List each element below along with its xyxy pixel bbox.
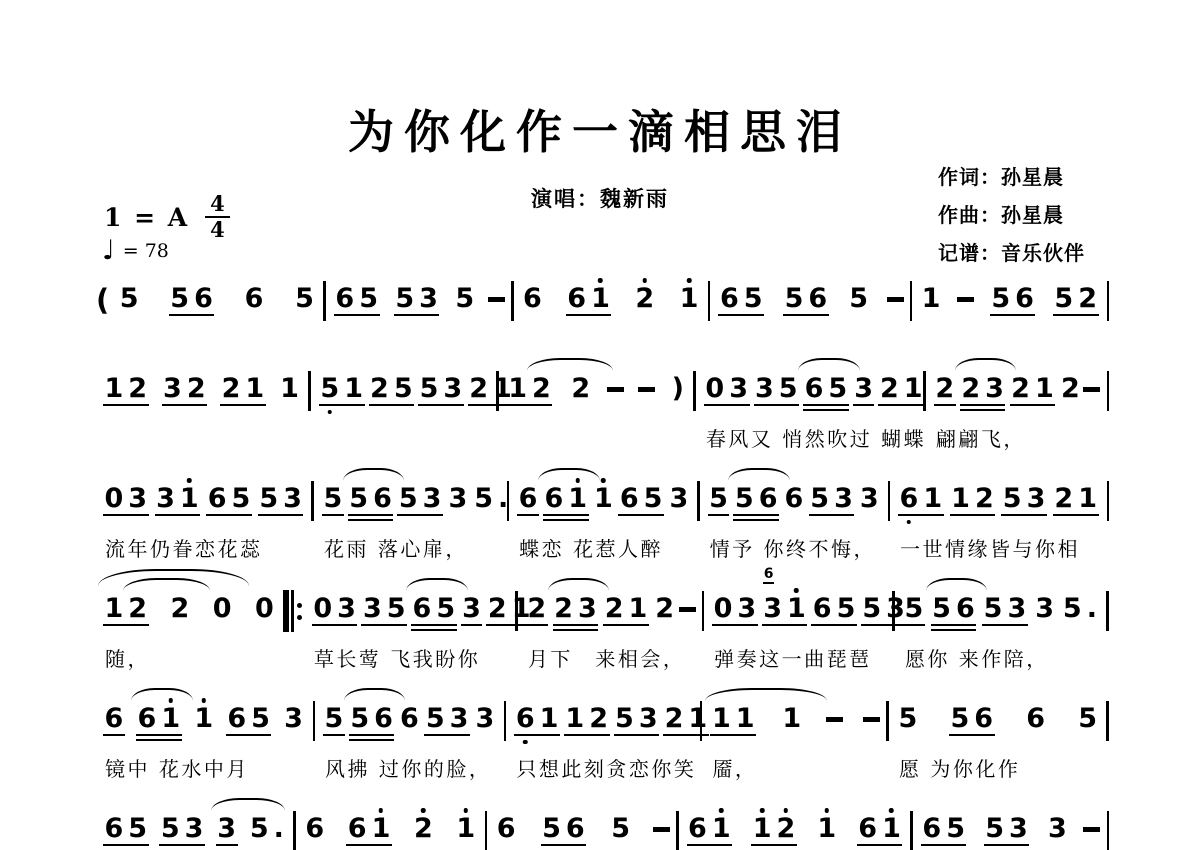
note: 6: [410, 590, 434, 628]
beam-underline: [323, 734, 345, 737]
note: 1: [454, 810, 478, 848]
note-row: 66121: [520, 280, 702, 324]
note-row: 65565: [716, 280, 903, 324]
dash-note: [607, 387, 624, 392]
note: 5: [158, 810, 182, 848]
beam-underline: [921, 844, 967, 847]
note: 2: [1009, 370, 1033, 408]
note: 1: [566, 480, 590, 518]
note: 3: [360, 590, 384, 628]
note-group: 21: [218, 370, 268, 408]
repeat-dot: [297, 603, 302, 608]
lyric-line: 愿你 来作陪，: [901, 643, 1101, 672]
note: 1: [1076, 480, 1100, 518]
note: 2: [126, 370, 150, 408]
note: 0: [102, 480, 126, 518]
barline: [888, 481, 891, 521]
note: 2: [633, 280, 657, 318]
note-row: 223212: [524, 590, 696, 634]
note: 5: [902, 590, 926, 628]
note-row: 655335.: [101, 810, 287, 850]
note-group: 21: [661, 700, 711, 738]
barline: [323, 281, 326, 321]
slur-arc: [705, 688, 826, 701]
note: 5: [257, 480, 281, 518]
note-group: 6: [241, 280, 267, 318]
note-row: 5566533: [321, 700, 498, 744]
note: 1: [563, 700, 587, 738]
note: 6: [563, 810, 587, 848]
barline: [1106, 591, 1109, 631]
beam-underline: [614, 734, 660, 737]
beam-underline-2: [931, 629, 977, 632]
note: 3: [281, 480, 305, 518]
note: 5: [896, 700, 920, 738]
note-group: 61: [512, 700, 562, 738]
note-group: 3: [1032, 590, 1058, 628]
beam-underline: [950, 514, 996, 517]
note-group: 23: [958, 370, 1008, 408]
octave-dot-above: [643, 278, 648, 283]
note: 5: [847, 280, 871, 318]
note: 2: [933, 370, 957, 408]
note: 3: [832, 480, 856, 518]
note: .: [1084, 590, 1099, 628]
note: 0: [210, 590, 234, 628]
note: 5: [860, 590, 884, 628]
time-signature-denominator: 4: [205, 218, 230, 242]
measure: 033565321草长莺 飞我盼你: [305, 590, 515, 672]
note: 1: [537, 700, 561, 738]
note: 0: [703, 370, 727, 408]
beam-underline: [369, 404, 415, 407]
beam-underline: [733, 514, 779, 517]
note-group: 0: [209, 590, 235, 628]
beam-underline: [162, 404, 208, 407]
octave-dot-above: [201, 698, 206, 703]
measure: 1232211: [96, 370, 307, 414]
note: 5: [707, 480, 731, 518]
note-group: 5: [320, 480, 346, 518]
tempo-marking: ♩ = 78: [102, 238, 169, 264]
note-group: 5: [901, 590, 927, 628]
beam-underline: [346, 844, 392, 847]
note: 1: [949, 480, 973, 518]
note-group: 12: [562, 700, 612, 738]
score-line: 655335.661216565611216165533: [96, 810, 1110, 850]
note: 0: [311, 590, 335, 628]
note-group: 1: [453, 810, 479, 848]
beam-underline: [931, 624, 977, 627]
note: 5: [1052, 280, 1076, 318]
note: 3: [735, 590, 759, 628]
note: 6: [920, 810, 944, 848]
note: 0: [253, 590, 277, 628]
dash-note: [653, 827, 670, 832]
barline: [1107, 281, 1110, 321]
barline: [311, 481, 314, 521]
note-group: 65: [204, 480, 254, 518]
beam-underline: [687, 844, 733, 847]
lyric-line: 只想此刻贪恋你笑: [512, 753, 694, 782]
beam-underline: [411, 624, 457, 627]
note-group: 11: [708, 700, 758, 738]
note: 1: [589, 280, 613, 318]
note-group: 65: [801, 370, 851, 408]
note: 3: [753, 370, 777, 408]
note: 1: [709, 700, 733, 738]
note-group: 65: [716, 280, 766, 318]
note: 1: [815, 810, 839, 848]
beam-underline: [751, 844, 797, 847]
note: 6: [617, 480, 641, 518]
note-row: 033565321: [310, 590, 510, 634]
octave-dot-above: [421, 808, 426, 813]
note: 6: [135, 700, 159, 738]
note: 6: [542, 480, 566, 518]
note: 5: [391, 370, 415, 408]
note: 1: [709, 810, 733, 848]
note: 3: [182, 810, 206, 848]
note: 3: [857, 480, 881, 518]
note-group: 61: [685, 810, 735, 848]
note-group: 2: [167, 590, 193, 628]
note-group: 35: [752, 370, 802, 408]
note-group: 53: [422, 700, 472, 738]
note-group: 5: [452, 280, 478, 318]
beam-underline: [1053, 514, 1099, 517]
note: 2: [184, 370, 208, 408]
note-group: 5: [1075, 700, 1101, 738]
note-group: 316: [760, 590, 810, 628]
note: 2: [219, 370, 243, 408]
beam-underline: [258, 514, 304, 517]
note: 6: [897, 480, 921, 518]
note: 2: [587, 700, 611, 738]
barline: [485, 811, 488, 850]
note: 5: [981, 590, 1005, 628]
note-group: 21: [1051, 480, 1101, 518]
tempo-value: = 78: [123, 240, 169, 262]
note: 6: [303, 810, 327, 848]
note: 2: [877, 370, 901, 408]
barline: [1107, 371, 1110, 411]
note-group: 5: [846, 280, 872, 318]
beam-underline: [603, 624, 649, 627]
note-group: 65: [616, 480, 666, 518]
note-group: 53: [980, 590, 1030, 628]
note-group: 53: [392, 280, 442, 318]
note: 3: [154, 480, 178, 518]
note-group: 0: [252, 590, 278, 628]
slur-arc-large: [98, 569, 249, 586]
note-group: 12: [101, 370, 151, 408]
beam-underline: [394, 314, 440, 317]
note-group: 5: [706, 480, 732, 518]
note: 2: [368, 370, 392, 408]
note-group: 32: [160, 370, 210, 408]
note: 1: [1032, 370, 1056, 408]
note-row: 15652: [918, 280, 1100, 324]
note: 5: [384, 590, 408, 628]
beam-underline: [361, 624, 407, 627]
note-row: 033565321: [702, 370, 917, 414]
note: 5: [249, 700, 273, 738]
beam-underline-2: [349, 739, 395, 742]
note: 5: [434, 590, 458, 628]
key-and-time-signature: 1 = A 4 4: [104, 192, 230, 242]
note: 1: [278, 370, 302, 408]
measure: 655335.: [96, 810, 292, 850]
measure: 61125321只想此刻贪恋你笑: [507, 700, 699, 782]
note: 2: [168, 590, 192, 628]
note-group: 5: [895, 700, 921, 738]
note-group: 5.: [1059, 590, 1100, 628]
note-group: 2: [632, 280, 658, 318]
measure: 6112161: [680, 810, 910, 850]
note-row: 6611653: [515, 480, 691, 524]
lyric-line: 月下 来相会，: [524, 643, 696, 672]
octave-dot-above: [794, 588, 799, 593]
note: 2: [126, 590, 150, 628]
beam-underline: [334, 314, 380, 317]
beam-underline: [718, 314, 764, 317]
beam-underline: [903, 624, 925, 627]
note: 3: [420, 480, 444, 518]
barline: [1107, 481, 1110, 521]
note-row: 55665: [895, 700, 1101, 744]
dash-note: [679, 607, 696, 612]
beam-underline: [348, 514, 394, 517]
beam-underline-2: [733, 519, 779, 522]
barline: [504, 701, 507, 741]
note: 3: [447, 700, 471, 738]
note: 6: [242, 280, 266, 318]
note-group: 21: [876, 370, 926, 408]
note-group: 1: [814, 810, 840, 848]
note-group: 65: [409, 590, 459, 628]
beam-underline: [566, 314, 612, 317]
note-group: 53: [395, 480, 445, 518]
note: 3: [636, 700, 660, 738]
note: 6: [345, 810, 369, 848]
note-group: 6: [493, 810, 519, 848]
note-group: 51: [317, 370, 367, 408]
note: 5: [834, 590, 858, 628]
measure: 03316553流年仍眷恋花蕊: [96, 480, 310, 562]
measure: 6611653镜中 花水中月: [96, 700, 312, 782]
note: 2: [972, 480, 996, 518]
beam-underline: [960, 404, 1006, 407]
note: 1: [733, 700, 757, 738]
barline: [910, 281, 913, 321]
note: 5: [944, 810, 968, 848]
note: 3: [1033, 590, 1057, 628]
lyric-line: 镜中 花水中月: [101, 753, 307, 782]
score-line: 12200随，033565321草长莺 飞我盼你223212月下 来相会，033…: [96, 590, 1110, 672]
note: 2: [530, 370, 554, 408]
repeat-dots: [297, 603, 302, 620]
note: 1: [784, 590, 808, 628]
note: 1: [677, 280, 701, 318]
beam-underline: [783, 314, 829, 317]
note: 5: [472, 480, 496, 518]
lyric-line: 花雨 落心扉，: [320, 533, 501, 562]
note: 6: [856, 810, 880, 848]
dash-note: [957, 297, 974, 302]
note: 1: [102, 370, 126, 408]
note-group: 6: [302, 810, 328, 848]
note: 1: [192, 700, 216, 738]
beam-underline-2: [411, 629, 457, 632]
note: 1: [506, 370, 530, 408]
measure: 66121: [297, 810, 484, 850]
note-row: 033166553: [710, 590, 886, 634]
beam-underline: [543, 514, 589, 517]
beam-underline: [526, 624, 548, 627]
note: 5: [357, 280, 381, 318]
note: 5: [423, 700, 447, 738]
beam-underline: [710, 734, 756, 737]
note-group: 21: [601, 590, 651, 628]
note-group: 61: [855, 810, 905, 848]
beam-underline: [103, 404, 149, 407]
note-group: 5: [292, 280, 318, 318]
note: 1: [919, 280, 943, 318]
note: 1: [342, 370, 366, 408]
barline: [910, 811, 913, 850]
note-row: 6565: [493, 810, 670, 850]
lyric-line: 风拂 过你的脸，: [321, 753, 498, 782]
note-group: 2: [1057, 370, 1083, 408]
note: 1: [369, 810, 393, 848]
note-group: 25: [367, 370, 417, 408]
note: 2: [1076, 280, 1100, 318]
note: 6: [953, 590, 977, 628]
beam-underline: [226, 734, 272, 737]
lyric-line: 草长莺 飞我盼你: [310, 643, 510, 672]
beam-underline: [934, 404, 956, 407]
barline: [293, 811, 296, 850]
note: 1: [921, 480, 945, 518]
note: 6: [972, 700, 996, 738]
lyric-line: 春风又 悄然吹过 蝴蝶: [702, 423, 917, 452]
note: 1: [243, 370, 267, 408]
octave-dot-below: [328, 410, 333, 415]
beam-underline: [461, 624, 483, 627]
note-group: 12: [948, 480, 998, 518]
note: 6: [102, 810, 126, 848]
note: 2: [602, 590, 626, 628]
note-group: 1: [918, 280, 944, 318]
lyric-line: 情予 你终不悔，: [706, 533, 882, 562]
note-group: 56: [947, 700, 997, 738]
note-group: 61: [344, 810, 394, 848]
octave-dot-above: [719, 808, 724, 813]
note-row: 55665: [116, 280, 317, 324]
score-line: 03316553流年仍眷恋花蕊5565335.花雨 落心扉，6611653蝶恋 …: [96, 480, 1110, 562]
note: 6: [494, 810, 518, 848]
credits-block: 作词：孙星晨 作曲：孙星晨 记谱：音乐伙伴: [938, 158, 1085, 272]
beam-underline: [216, 844, 238, 847]
measure: 15652: [913, 280, 1105, 324]
measure: 6611653蝶恋 花惹人醉: [510, 480, 696, 562]
beam-underline: [857, 844, 903, 847]
beam-underline: [564, 734, 610, 737]
note-row: 111: [708, 700, 880, 744]
note: 5: [417, 370, 441, 408]
note-group: 5: [608, 810, 634, 848]
note: 5: [348, 700, 372, 738]
beam-underline: [809, 514, 855, 517]
note-row: 66121: [302, 810, 479, 850]
note: 3: [727, 370, 751, 408]
beam-underline: [990, 314, 1036, 317]
note: 3: [446, 480, 470, 518]
note: 6: [102, 700, 126, 738]
note-group: 21: [1008, 370, 1058, 408]
dash-note: [1083, 827, 1100, 832]
note-group: 6: [781, 480, 807, 518]
note: 2: [525, 590, 549, 628]
note: 5: [826, 370, 850, 408]
note-group: 3: [281, 700, 307, 738]
score: (556656553566121655651565212322115125532…: [96, 280, 1110, 850]
measure: 65565: [711, 280, 908, 324]
note-group: 6: [515, 480, 541, 518]
note-group: 2: [524, 590, 550, 628]
octave-dot-above: [601, 478, 606, 483]
note: 3: [282, 700, 306, 738]
note-group: 3: [472, 700, 498, 738]
note-group: 56: [167, 280, 217, 318]
note: 6: [1024, 700, 1048, 738]
note: 2: [552, 590, 576, 628]
beam-underline: [811, 624, 857, 627]
measure: 55665愿 为你化作: [890, 700, 1106, 782]
beam-underline: [514, 734, 560, 737]
note: 2: [485, 590, 509, 628]
lyric-line: 愿 为你化作: [895, 753, 1101, 782]
note: 3: [1005, 590, 1029, 628]
note-group: 6: [1023, 700, 1049, 738]
note: 6: [1013, 280, 1037, 318]
note-group: 23: [551, 590, 601, 628]
beam-underline-2: [553, 629, 599, 632]
beam-underline: [762, 624, 808, 627]
note-group: 1: [191, 700, 217, 738]
note: 5: [321, 480, 345, 518]
note: 5: [393, 280, 417, 318]
beam-underline: [220, 404, 266, 407]
note-row: 223212: [932, 370, 1101, 414]
beam-underline: [103, 514, 149, 517]
note-group: 56: [781, 280, 831, 318]
note-group: 65: [332, 280, 382, 318]
note: 5: [732, 480, 756, 518]
measure: 65533: [914, 810, 1106, 850]
beam-underline: [984, 844, 1030, 847]
note: 6: [192, 280, 216, 318]
note: 3: [852, 370, 876, 408]
note: 2: [412, 810, 436, 848]
lyric-line: 蝶恋 花惹人醉: [515, 533, 691, 562]
note-group: 1: [277, 370, 303, 408]
note-group: 03: [710, 590, 760, 628]
dash-note: [638, 387, 655, 392]
note: 1: [880, 810, 904, 848]
note-group: 56: [347, 700, 397, 738]
